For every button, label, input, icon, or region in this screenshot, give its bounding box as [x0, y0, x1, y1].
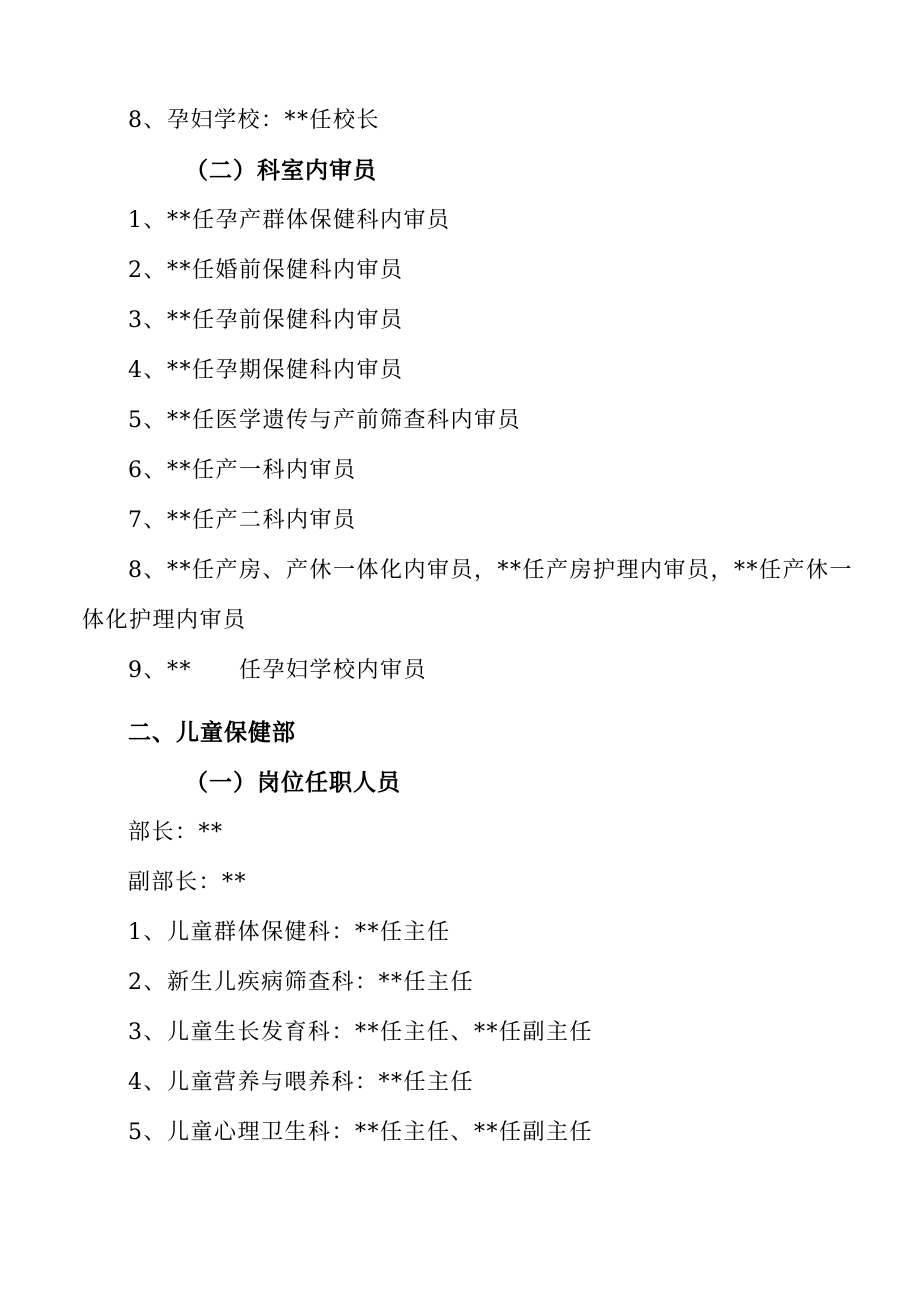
list-item-auditor-5: 5、**任医学遗传与产前筛查科内审员 [82, 396, 880, 446]
list-item-position-4: 4、儿童营养与喂养科：**任主任 [82, 1058, 880, 1108]
list-item-auditor-4: 4、**任孕期保健科内审员 [82, 346, 880, 396]
list-item-department-head: 部长：** [82, 808, 880, 858]
list-item-position-3: 3、儿童生长发育科：**任主任、**任副主任 [82, 1008, 880, 1058]
list-item-auditor-1: 1、**任孕产群体保健科内审员 [82, 196, 880, 246]
list-item-auditor-8: 8、**任产房、产休一体化内审员，**任产房护理内审员，**任产休一 体化护理内… [82, 546, 880, 646]
list-item-position-5: 5、儿童心理卫生科：**任主任、**任副主任 [82, 1108, 880, 1158]
list-item-position-2: 2、新生儿疾病筛查科：**任主任 [82, 958, 880, 1008]
subheading-department-internal-auditors: （二）科室内审员 [82, 146, 880, 196]
list-item-auditor-3: 3、**任孕前保健科内审员 [82, 296, 880, 346]
list-item-auditor-9: 9、** 任孕妇学校内审员 [82, 646, 880, 696]
list-item-deputy-department-head: 副部长：** [82, 858, 880, 908]
list-item-auditor-7: 7、**任产二科内审员 [82, 496, 880, 546]
list-item-pregnant-school-principal: 8、孕妇学校：**任校长 [82, 96, 880, 146]
list-item-auditor-6: 6、**任产一科内审员 [82, 446, 880, 496]
list-item-auditor-2: 2、**任婚前保健科内审员 [82, 246, 880, 296]
section-heading-child-health-department: 二、儿童保健部 [82, 708, 880, 758]
subheading-position-holders: （一）岗位任职人员 [82, 758, 880, 808]
list-item-position-1: 1、儿童群体保健科：**任主任 [82, 908, 880, 958]
document-page: 8、孕妇学校：**任校长 （二）科室内审员 1、**任孕产群体保健科内审员 2、… [0, 0, 920, 1301]
